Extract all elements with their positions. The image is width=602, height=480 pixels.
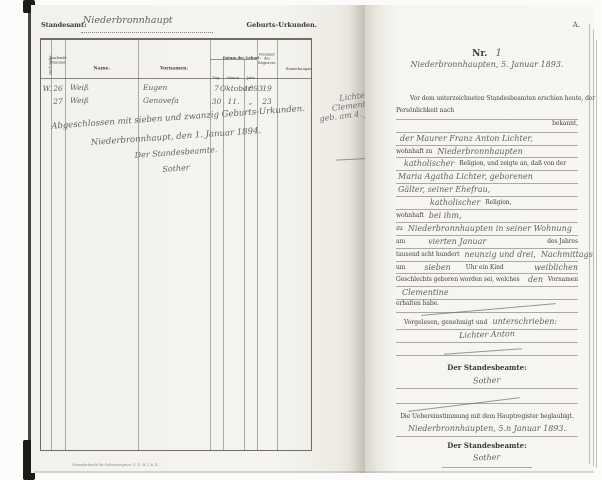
form-line-0: Vor dem unterzeichneten Standesbeamten e… [396, 95, 578, 107]
col-header-jahr: Jahr. [244, 64, 257, 83]
form-line-11: am vierten Januar des Jahres [396, 236, 578, 249]
index-table: Buchstabe. Laufende Nummer. Name. Vornam… [40, 38, 312, 451]
certification-signature: Sother [473, 453, 501, 463]
form-line-3: der Maurer Franz Anton Lichter, [396, 133, 578, 146]
certification-signature-line: Sother [396, 453, 578, 465]
certification-place-date: Niederbronnhaupten, 5.n Januar 1893. [408, 424, 566, 433]
row-monat: 11. [223, 97, 244, 106]
certification-officer-label: Der Standesbeamte: [396, 441, 578, 450]
form-line-1: Persönlichkeit nach [396, 107, 578, 120]
officer-label: Der Standesbeamte: [396, 363, 578, 372]
page-bottom-shadow [34, 471, 594, 473]
col-header-tag: Tag. [210, 64, 223, 83]
row-vorname: Eugen [143, 83, 167, 92]
acknowledgement-line: Vorgelesen, genehmigt und unterschrieben… [396, 317, 578, 330]
form-line-8: katholischer Religion, [396, 197, 578, 210]
scanned-register-spread: Standesamt: Niederbronnhaupt Geburts-Urk… [0, 0, 602, 480]
table-column-line [277, 40, 278, 450]
record-number-label: Nr. [472, 49, 487, 59]
row-name: Weiß [70, 96, 89, 105]
left-page-header: Standesamt: Niederbronnhaupt Geburts-Urk… [39, 13, 357, 37]
blank-rule [396, 343, 578, 356]
record-dateline: Niederbronnhaupten, 5. Januar 1893. [396, 60, 578, 69]
row-vorname: Genovefa [143, 96, 179, 105]
page-stack-edge [596, 40, 597, 468]
form-line-2: bekannt, [396, 120, 578, 133]
col-header-datum-group: Datum der Geburt. [210, 44, 257, 63]
row-monat: Oktober [220, 84, 247, 93]
officer-signature: Sother [473, 376, 501, 386]
col-header-vorname: Vornamen. [138, 55, 210, 74]
row-register-nr: 19 [257, 84, 277, 93]
declarant-signature: Lichter Anton [459, 329, 515, 340]
row-register-nr: 23 [257, 97, 277, 106]
row-jahr: 1893 [244, 84, 257, 93]
form-line-16: erhalten habe. [396, 300, 578, 313]
row-jahr: „ [244, 97, 257, 106]
certification-text: Die Uebereinstimmung mit dem Hauptregist… [396, 413, 578, 420]
standesamt-name: Niederbronnhaupt [83, 15, 173, 26]
declarant-signature-line: Lichter Anton [396, 330, 578, 343]
page-stack-edge [593, 30, 594, 466]
row-tag: 30 [210, 97, 223, 106]
record-form: Nr. 1 Niederbronnhaupten, 5. Januar 1893… [396, 5, 578, 473]
page-stack-edge [589, 24, 590, 464]
col-header-monat: Monat. [223, 64, 244, 83]
standesamt-label: Standesamt: [41, 21, 86, 29]
table-header-rule [41, 78, 311, 79]
form-line-12: tausend acht hundert neunzig und drei, N… [396, 249, 578, 262]
officer-signature-line: Sother [396, 376, 578, 389]
register-title: Geburts-Urkunden. [247, 21, 317, 29]
table-column-line [138, 40, 139, 450]
col-header-name: Name. [65, 55, 138, 74]
row-lfd-nummer: 26 [51, 84, 65, 93]
form-paragraph: Vor dem unterzeichneten Standesbeamten e… [396, 95, 578, 313]
table-column-line [65, 40, 66, 450]
printer-imprint: Formulardruck für Geburtsregister. G. D.… [37, 451, 194, 470]
certification-place-date-line: Niederbronnhaupten, 5.n Januar 1893. [396, 424, 578, 437]
row-lfd-nummer: 27 [51, 97, 65, 106]
form-line-13: um sieben Uhr ein Kind weiblichen [396, 262, 578, 275]
form-line-7: Gälter, seiner Ehefrau, [396, 184, 578, 197]
col-header-bemerkungen: Bemerkungen. [277, 55, 311, 74]
form-line-14: Geschlechts geboren worden sei, welches … [396, 274, 578, 287]
standesamt-fill-line [81, 32, 213, 33]
form-line-9: wohnhaft bei ihm, [396, 210, 578, 223]
record-number-line: Nr. 1 [396, 41, 578, 60]
form-line-4: wohnhaft zu Niederbronnhaupten [396, 146, 578, 159]
form-line-10: zu Niederbronnhaupten in seiner Wohnung [396, 223, 578, 236]
col-header-register-nr: Nummer des Registers. [257, 49, 277, 71]
row-name: Weiß [70, 83, 89, 92]
signature-rule [442, 467, 532, 468]
left-page: Standesamt: Niederbronnhaupt Geburts-Urk… [31, 5, 365, 473]
right-page: A. Nr. 1 Niederbronnhaupten, 5. Januar 1… [365, 5, 594, 473]
form-line-5: katholischer Religion, und zeigte an, da… [396, 158, 578, 171]
record-number-value: 1 [496, 48, 502, 59]
form-line-6: Maria Agatha Lichter, geborenen [396, 171, 578, 184]
form-line-15: Clementine [396, 287, 578, 300]
